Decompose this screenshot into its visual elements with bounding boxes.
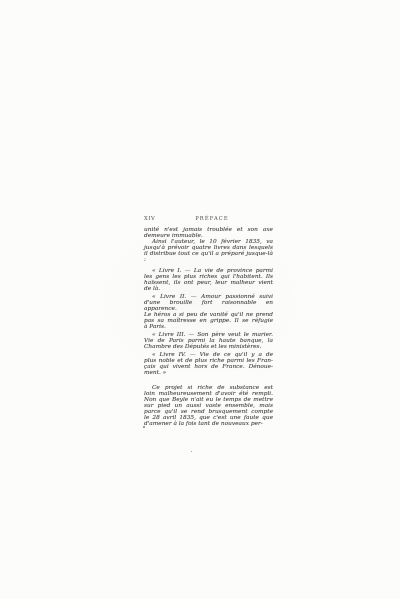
paragraph: « Livre III. — Son père veut le marier.V… — [144, 332, 273, 350]
paragraph: Ce projet si riche de substance estloin … — [144, 385, 273, 427]
text-line: d'amener à la fois tant de nouveaux per- — [144, 421, 273, 427]
text-line: haïssent, ils ont peur, leur malheur vie… — [144, 280, 273, 286]
text-line: Chambre des Députés et les ministères. — [144, 344, 273, 350]
text-line: d'une brouille fort raisonnable en appar… — [144, 300, 273, 312]
running-header: XIV PRÉFACE — [144, 216, 273, 223]
paragraph: « Livre I. — La vie de province parmiles… — [144, 268, 273, 292]
text-line: ment. » — [144, 370, 273, 376]
page-number: XIV — [144, 216, 155, 222]
paragraph: « Livre II. — Amour passionné suivid'une… — [144, 294, 273, 330]
text-block-body: unité n'est jamais troublée et son axede… — [144, 227, 273, 427]
scan-speck — [143, 426, 145, 428]
paragraph: unité n'est jamais troublée et son axede… — [144, 227, 273, 239]
scan-speck — [191, 451, 192, 452]
paragraph: Ainsi l'auteur, le 10 février 1835, vaju… — [144, 239, 273, 263]
running-title: PRÉFACE — [144, 216, 273, 222]
paragraph: « Livre IV. — Vie de ce qu'il y a deplus… — [144, 352, 273, 376]
page-scan: XIV PRÉFACE unité n'est jamais troublée … — [0, 0, 400, 599]
text-block: XIV PRÉFACE unité n'est jamais troublée … — [144, 216, 273, 427]
text-line: de là. — [144, 286, 273, 292]
text-line: à Paris. — [144, 324, 273, 330]
text-line: il distribue tout ce qu'il a préparé jus… — [144, 251, 273, 263]
